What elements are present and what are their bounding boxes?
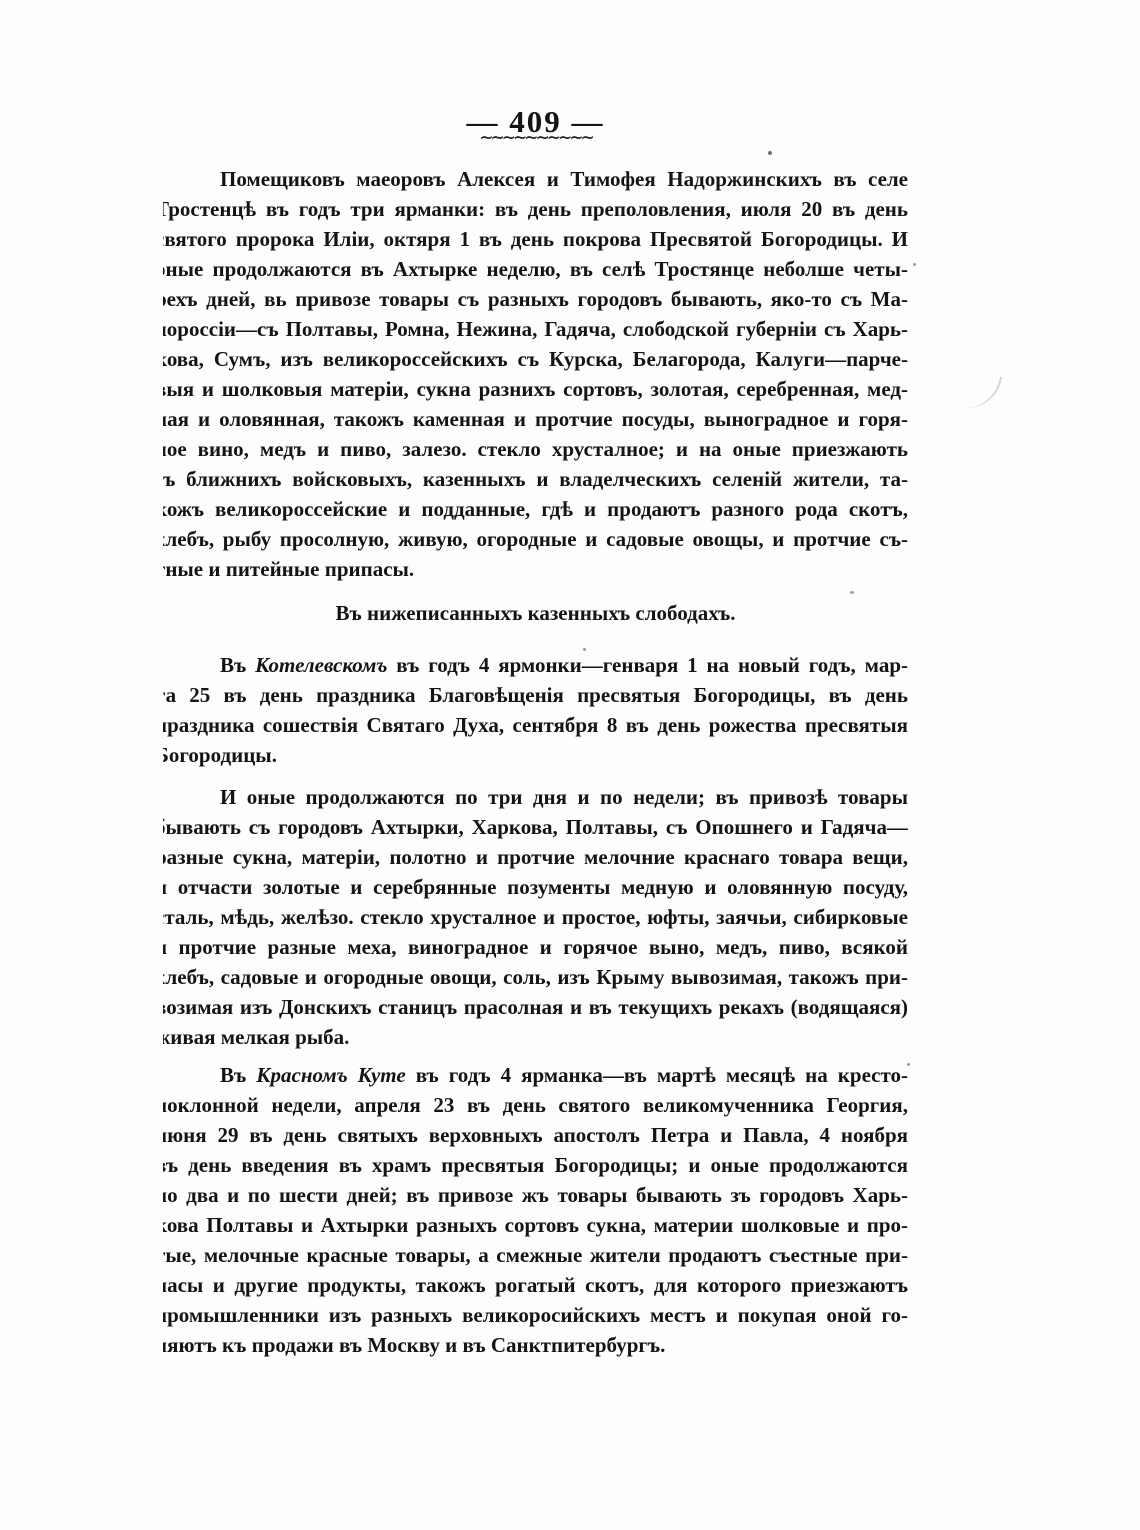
text-line: бывають съ городовъ Ахтырки, Харкова, По…	[163, 812, 908, 842]
text-line: Въ Красномъ Куте въ годъ 4 ярманка—въ ма…	[163, 1060, 908, 1090]
text-line: И оные продолжаются по три дня и по неде…	[163, 782, 908, 812]
text-line: оные продолжаются въ Ахтырке неделю, въ …	[163, 254, 908, 284]
text-line: чое вино, медъ и пиво, залезо. стекло хр…	[163, 434, 908, 464]
paragraph: Помещиковъ маеоровъ Алексея и Тимофея На…	[163, 164, 908, 584]
text-line: кова Полтавы и Ахтырки разныхъ сортовъ с…	[163, 1210, 908, 1240]
ornament-squiggle: ∼∼∼∼∼∼∼∼∼∼	[163, 128, 908, 148]
scan-speck	[850, 591, 854, 594]
book-page: — 409 — ∼∼∼∼∼∼∼∼∼∼ Помещиковъ маеоровъ А…	[0, 0, 1140, 1530]
text-line: возимая изъ Донскихъ станицъ прасолная и…	[163, 992, 908, 1022]
text-line: кова, Сумъ, изъ великороссейскихъ съ Кур…	[163, 344, 908, 374]
section-heading: Въ нижеписанныхъ казенныхъ слободахъ.	[163, 598, 908, 628]
italic-place-name: Красномъ Куте	[256, 1063, 405, 1087]
text-line: тые, мелочные красные товары, а смежные …	[163, 1240, 908, 1270]
scan-speck	[768, 151, 772, 155]
text-line: зъ ближнихъ войсковыхъ, казенныхъ и влад…	[163, 464, 908, 494]
text-line: пасы и другие продукты, такожъ рогатый с…	[163, 1270, 908, 1300]
text-line: Тростенцѣ въ годъ три ярманки: въ день п…	[163, 194, 908, 224]
text-line: лороссіи—съ Полтавы, Ромна, Нежина, Гадя…	[163, 314, 908, 344]
text-line: поклонной недели, апреля 23 въ день свят…	[163, 1090, 908, 1120]
scan-speck	[907, 1063, 910, 1066]
paragraph: И оные продолжаются по три дня и по неде…	[163, 782, 908, 1052]
text-block: Помещиковъ маеоровъ Алексея и Тимофея На…	[163, 164, 908, 1360]
text-line: живая мелкая рыба.	[163, 1022, 908, 1052]
text-line: сталь, мѣдь, желѣзо. стекло хрусталное и…	[163, 902, 908, 932]
scan-speck	[913, 263, 916, 266]
text-line: по два и по шести дней; въ привозе жъ то…	[163, 1180, 908, 1210]
text-line: святого пророка Иліи, октяря 1 въ день п…	[163, 224, 908, 254]
text-line: и протчие разные меха, виноградное и гор…	[163, 932, 908, 962]
text-line: ная и оловянная, такожъ каменная и протч…	[163, 404, 908, 434]
text-line: кожъ великороссейские и подданные, гдѣ и…	[163, 494, 908, 524]
text-line: тные и питейные припасы.	[163, 554, 908, 584]
text-line: Помещиковъ маеоровъ Алексея и Тимофея На…	[163, 164, 908, 194]
text-line: рехъ дней, вь привозе товары съ разныхъ …	[163, 284, 908, 314]
text-segment: Въ	[220, 1063, 256, 1087]
scan-scratch	[958, 368, 1003, 416]
text-segment: въ годъ 4 ярмонки—генваря 1 на новый год…	[387, 653, 908, 677]
italic-place-name: Котелевскомъ	[255, 653, 387, 677]
paragraph: Въ Котелевскомъ въ годъ 4 ярмонки—генвар…	[163, 650, 908, 770]
paragraph: Въ Красномъ Куте въ годъ 4 ярманка—въ ма…	[163, 1060, 908, 1360]
text-segment: въ годъ 4 ярманка—въ мартѣ месяцѣ на кре…	[406, 1063, 908, 1087]
text-line: праздника сошествія Святаго Духа, сентяб…	[163, 710, 908, 740]
text-line: промышленники изъ разныхъ великоросийски…	[163, 1300, 908, 1330]
text-line: разные сукна, матеріи, полотно и протчие…	[163, 842, 908, 872]
text-line: хлебъ, садовые и огородные овощи, соль, …	[163, 962, 908, 992]
text-line: няютъ къ продажи въ Москву и въ Санктпит…	[163, 1330, 908, 1360]
text-line: въ день введения въ храмъ пресвятыя Бого…	[163, 1150, 908, 1180]
text-line: Въ Котелевскомъ въ годъ 4 ярмонки—генвар…	[163, 650, 908, 680]
text-segment: Въ	[220, 653, 255, 677]
text-line: хлебъ, рыбу просолную, живую, огородные …	[163, 524, 908, 554]
text-line: и отчасти золотые и серебрянные позумент…	[163, 872, 908, 902]
scan-speck	[583, 648, 586, 651]
text-line: июня 29 въ день святыхъ верховныхъ апост…	[163, 1120, 908, 1150]
text-line: выя и шолковыя матеріи, сукна разнихъ со…	[163, 374, 908, 404]
text-line: та 25 въ день праздника Благовѣщенія пре…	[163, 680, 908, 710]
text-line: Богородицы.	[163, 740, 908, 770]
